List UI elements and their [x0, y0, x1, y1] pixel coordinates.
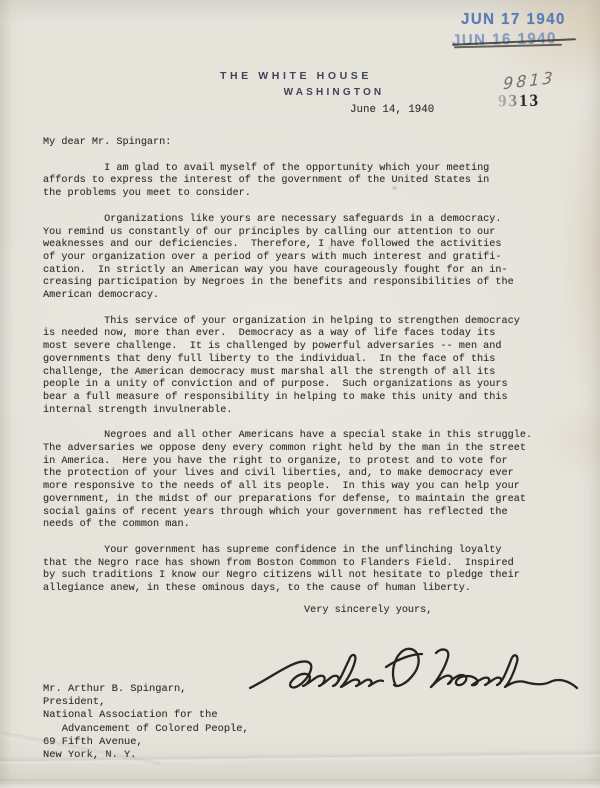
paragraph-2: Organizations like yours are necessary s… — [43, 214, 583, 303]
received-date-stamp: JUN 17 1940 — [461, 11, 566, 29]
recipient-line: Advancement of Colored People, — [43, 723, 249, 736]
paragraph-5: Your government has supreme confidence i… — [43, 545, 583, 596]
signature-stroke-franklin — [250, 655, 383, 688]
signature-stroke-d — [386, 649, 422, 686]
recipient-line: President, — [43, 696, 249, 709]
letter-body: My dear Mr. Spingarn: I am glad to avail… — [43, 137, 583, 609]
signature-stroke-roosevelt — [431, 650, 577, 688]
paragraph-1: I am glad to avail myself of the opportu… — [43, 163, 583, 201]
recipient-line: Mr. Arthur B. Spingarn, — [43, 683, 249, 696]
letter-page: JUN 17 1940 JUN 16 1940 THE WHITE HOUSE … — [0, 0, 600, 788]
paragraph-4: Negroes and all other Americans have a s… — [43, 430, 583, 532]
paragraph-3: This service of your organization in hel… — [43, 316, 583, 418]
closing-line: Very sincerely yours, — [304, 605, 432, 616]
letter-date: June 14, 1940 — [350, 104, 434, 116]
recipient-line: National Association for the — [43, 709, 249, 722]
salutation: My dear Mr. Spingarn: — [43, 137, 583, 150]
stamped-number: 9313 — [498, 91, 540, 112]
paper-bottom-edge — [0, 779, 600, 788]
signature-franklin-d-roosevelt — [246, 640, 582, 706]
